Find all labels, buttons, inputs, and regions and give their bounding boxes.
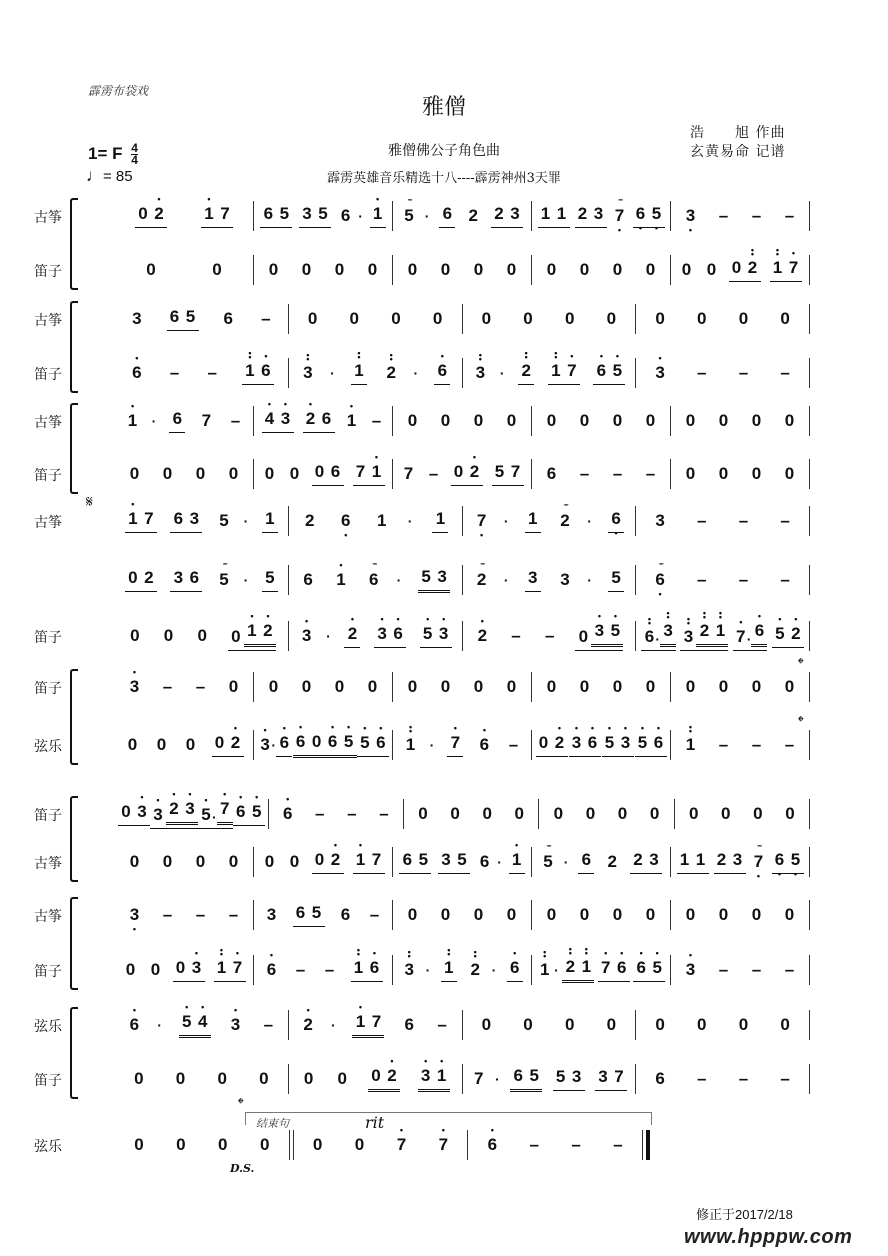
note: 7 [371,1012,381,1032]
beam-group: 4•3• [262,409,294,433]
measure: 3•––– [636,357,809,389]
note: 2• [231,733,241,753]
hold-dash: – [697,570,707,590]
rest: 0 [260,1135,270,1155]
note: 3 [189,509,199,529]
note: 5˜˜ [543,852,553,872]
beam-group: 7• [217,799,233,825]
augmentation-dot: · [564,854,569,870]
note: 7 [356,462,366,482]
augmentation-dot: · [425,208,430,224]
system-bracket [70,669,78,765]
rest: 0 [126,960,136,980]
rest: 0 [151,960,161,980]
segno-icon: 𝄋 [86,492,93,512]
instrument-label: 笛子 [34,261,62,281]
rest: 0 [514,804,524,824]
rest: 0 [646,677,656,697]
augmentation-dot: · [504,513,509,529]
hold-dash: – [207,363,217,383]
note: 2•• [748,258,758,278]
rest: 0 [313,1135,323,1155]
augmentation-dot: · [554,962,559,978]
measure: 0000 [254,671,392,703]
note: 6• [261,361,271,381]
rest: 0 [269,260,279,280]
rest: 0 [441,260,451,280]
measure: 1••––– [671,729,809,761]
note: 5• [791,850,801,870]
note: 5 [318,204,328,224]
note: 1•• [444,958,454,978]
measure: 02365˜˜·5 [115,564,288,596]
rest: 0 [454,462,464,482]
note: 3 [437,567,447,587]
note: 6• [636,958,646,978]
beam-group: 1 [525,509,541,533]
rest: 0 [265,464,275,484]
note: 6 [331,462,341,482]
instrument-label: 古筝 [34,310,62,330]
beam-group: 3 [525,568,541,592]
hold-dash: – [296,960,306,980]
hold-dash: – [646,464,656,484]
key-signature: 1= F 4 4 [88,143,138,166]
beam-group: 03•5• [575,621,623,651]
measure: 0000 [393,671,531,703]
staff-古筝: 古筝02•1•765356·1•5˜˜·622311237•˜˜6•5•3•––… [30,200,810,232]
note: 1•• [551,361,561,381]
hold-dash: – [738,570,748,590]
beam-group: 6•06•5• [293,732,357,758]
note: 6• [341,511,351,531]
note: 3 [594,204,604,224]
rest: 0 [523,1015,533,1035]
page-title: 雅僧 [0,90,888,121]
rest: 0 [613,411,623,431]
note: 7•˜˜ [754,852,764,872]
measure: 3656– [254,899,392,931]
beam-group: 7•·6• [733,621,768,651]
note: 2˜˜ [477,570,487,590]
beam-group: 35 [299,204,331,228]
note: 7• [789,258,799,278]
staff-弦乐: 弦乐0000007•7•6•––– [30,1129,650,1161]
beam-group: 02• [212,733,244,757]
rest: 0 [481,309,491,329]
note: 6•˜˜ [655,570,665,590]
rest: 0 [474,905,484,925]
dal-segno-mark: D.S. [230,1162,254,1175]
note: 3 [655,511,665,531]
ornament-icon: ˜˜ [564,498,566,518]
measure: 0000 [532,405,670,437]
beam-group: 06 [312,462,344,486]
augmentation-dot: · [497,854,502,870]
hold-dash: – [719,960,729,980]
instrument-label: 古筝 [34,906,62,926]
note: 3 [733,850,743,870]
ending-bracket [245,1112,652,1125]
note: 1•• [354,361,364,381]
beam-group: 6•5• [633,958,665,982]
beam-group: 3••2••1•• [680,621,728,651]
note: 5• [360,733,370,753]
beam-group: 2•• [518,361,534,385]
measure: 2•––03•5• [463,620,636,652]
note: 1• [247,621,257,641]
beam-group: 71• [353,462,385,486]
hold-dash: – [325,960,335,980]
beam-group: 6 [439,204,455,228]
beam-group: 1• [370,204,386,228]
instrument-label: 弦乐 [34,1136,62,1156]
measure: 0002•1•7 [254,846,392,878]
beam-group: 02• [312,850,344,874]
augmentation-dot: · [587,513,592,529]
note: 5• [423,624,433,644]
staff-notes: 6•––1••6•3••·1••2••·6•3••·2••1••7•6•5•3•… [115,357,810,389]
measure: 0002••1••7• [671,254,809,286]
note: 4• [198,1012,208,1032]
rest: 0 [128,568,138,588]
note: 7 [474,1069,484,1089]
note: 7• [438,1135,448,1155]
hold-dash: – [347,804,357,824]
note: 6• [617,958,627,978]
instrument-label: 古筝 [34,207,62,227]
rest: 0 [752,411,762,431]
measure: 0000 [254,254,392,286]
staff-笛子: 笛子000000000000000002••1••7• [30,254,810,286]
staff-笛子: 笛子03•3•2•3•5•·7•6•5•6•–––000000000000 [30,798,810,830]
ornament-icon: ˜˜ [758,839,760,859]
beam-group: 65 [399,850,431,874]
rest: 0 [304,1069,314,1089]
measure: 02•1•7 [115,200,253,232]
staff-notes: 02•1•765356·1•5˜˜·622311237•˜˜6•5•3•––– [115,200,810,232]
rest: 0 [565,309,575,329]
hold-dash: – [752,960,762,980]
measure: 0000 [115,846,253,878]
rest: 0 [134,1069,144,1089]
rest: 0 [315,462,325,482]
beam-group: 1 [262,509,278,533]
rest: 0 [719,677,729,697]
rest: 0 [269,677,279,697]
note: 7• [220,799,230,819]
instrument-label: 笛子 [34,961,62,981]
note: 1 [377,511,387,531]
beam-group: 57 [492,462,524,486]
composer-credit: 浩 旭 作曲 [690,122,785,142]
rest: 0 [229,852,239,872]
note: 2•• [386,363,396,383]
staff-古筝: 古筝3•–––3656–000000000000 [30,899,810,931]
note: 2 [578,204,588,224]
rest: 0 [686,464,696,484]
rest: 0 [355,1135,365,1155]
note: 3• [621,733,631,753]
rest: 0 [547,905,557,925]
note: 6 [581,850,591,870]
rest: 0 [474,260,484,280]
measure: 2˜˜·33·5 [463,564,636,596]
instrument-label: 古筝 [34,412,62,432]
rest: 0 [349,309,359,329]
rest: 0 [259,1069,269,1089]
note: 5 [529,1066,539,1086]
note: 6 [189,568,199,588]
instrument-label: 笛子 [34,1070,62,1090]
rest: 0 [290,464,300,484]
hold-dash: – [785,735,795,755]
measure: 0000 [532,254,670,286]
note: 5• [775,624,785,644]
beam-group: 5•2• [772,624,804,648]
measure: 1•7635·1 [115,505,288,537]
measure: 5˜˜·6223 [532,846,670,878]
tempo-value: = 85 [103,168,133,185]
note: 7 [372,850,382,870]
staff-notes: 00002•3•·6•6•06•5•5•6•1••·7•6•–02•3•6•5•… [115,729,810,761]
beam-group: 1•• [441,958,457,982]
rest: 0 [697,309,707,329]
note: 3 [302,204,312,224]
barline [809,565,810,595]
beam-group: 6• [276,733,292,757]
rest: 0 [578,627,588,647]
augmentation-dot: · [413,365,418,381]
measure: 7·655337 [463,1063,636,1095]
rest: 0 [138,204,148,224]
note: 5 [421,567,431,587]
note: 6• [129,1015,139,1035]
note: 3• [185,799,195,819]
staff-notes: 1•7635·126•1·17•·12˜˜·6•3––– [115,505,810,537]
rest: 0 [553,804,563,824]
beam-group: 6• [507,958,523,982]
measure: 26•1·1 [289,505,462,537]
note: 6• [279,733,289,753]
rest: 0 [547,260,557,280]
note: 2•• [565,957,575,977]
ending-label: 结束句 [256,1115,289,1131]
note: 6• [487,1135,497,1155]
rest: 0 [606,309,616,329]
note: 6• [370,958,380,978]
beam-group: 3•6• [569,733,601,757]
measure: 00002• [115,729,253,761]
measure: 0000 [463,1009,636,1041]
note: 1 [680,850,690,870]
rest: 0 [785,464,795,484]
rest: 0 [335,677,345,697]
barline [809,621,810,651]
rest: 0 [231,627,241,647]
beam-group: 7•6• [598,958,630,982]
beam-group: 2•6 [303,409,335,433]
staff-弦乐: 弦乐6•·5•4•3•–2•·1•76–00000000 [30,1009,810,1041]
measure: 0000 [393,254,531,286]
rest: 0 [719,905,729,925]
hold-dash: – [580,464,590,484]
ornament-icon: ˜˜ [547,839,549,859]
rest: 0 [265,852,275,872]
note: 6• [393,624,403,644]
hold-dash: – [785,960,795,980]
rest: 0 [315,850,325,870]
measure: 02•3•6•5•3•5•6• [532,729,670,761]
hold-dash: – [163,677,173,697]
measure: 6––– [532,458,670,490]
beam-group: 11 [538,204,570,228]
measure: 03•3•2•3•5•·7•6•5• [115,798,268,830]
beam-group: 6 [169,409,185,433]
rest: 0 [302,260,312,280]
staff-notes: 6•·5•4•3•–2•·1•76–00000000 [115,1009,810,1041]
rest: 0 [686,677,696,697]
staff-弦乐: 弦乐00002•3•·6•6•06•5•5•6•1••·7•6•–02•3•6•… [30,729,810,761]
augmentation-dot: · [492,962,497,978]
rest: 0 [585,804,595,824]
beam-group: 7• [447,733,463,757]
note: 6 [263,204,273,224]
rest: 0 [312,732,322,752]
augmentation-dot: · [426,962,431,978]
measure: 6•˜˜––– [636,564,809,596]
beam-group: 6•5• [772,850,804,874]
rest: 0 [308,309,318,329]
beam-group: 65 [293,903,325,927]
note: 3 [510,204,520,224]
note: 5 [556,1067,566,1087]
rest: 0 [368,260,378,280]
barline [809,955,810,985]
revision-date: 修正于2017/2/18 [696,1204,793,1223]
hold-dash: – [370,905,380,925]
note: 1 [696,850,706,870]
tempo-marking: ♩= 85 [86,166,133,186]
beam-group: 23 [630,850,662,874]
note: 3•• [404,960,414,980]
note: 3• [137,802,147,822]
rest: 0 [686,905,696,925]
note: 7•˜˜ [615,206,625,226]
staff-notes: 3•––00000000000000000 [115,671,810,703]
note: 6 [223,309,233,329]
note: 3 [173,568,183,588]
hold-dash: – [429,464,439,484]
rest: 0 [686,411,696,431]
ornament-icon: ˜˜ [659,557,661,577]
beam-group: 2••1•• [562,957,594,983]
note: 1•• [217,958,227,978]
rest: 0 [121,802,131,822]
note: 2 [144,568,154,588]
barline [809,406,810,436]
measure: 6••·3••3••2••1••7•·6•5•2• [636,620,809,652]
note: 1 [435,509,445,529]
rest: 0 [229,677,239,697]
beam-group: 1 [432,509,448,533]
note: 3•• [663,621,673,641]
hold-dash: – [571,1135,581,1155]
rest: 0 [539,733,549,753]
beam-group: 63 [170,509,202,533]
hold-dash: – [196,905,206,925]
instrument-label: 古筝 [34,512,62,532]
note: 2˜˜ [560,511,570,531]
note: 1 [265,509,275,529]
hold-dash: – [315,804,325,824]
note: 1 [541,204,551,224]
measure: 0000 [671,405,809,437]
augmentation-dot: · [326,628,331,644]
staff-notes: 1•·67–4•3•2•61•–000000000000 [115,405,810,437]
rest: 0 [606,1015,616,1035]
rest: 0 [408,905,418,925]
augmentation-dot: · [152,413,157,429]
note: 2•• [521,361,531,381]
hold-dash: – [230,411,240,431]
note: 1 [528,509,538,529]
measure: 3•––– [115,899,253,931]
measure: 7•·12˜˜·6• [463,505,636,537]
note: 7 [144,509,154,529]
note: 1 [557,204,567,224]
note: 6 [173,509,183,529]
measure: 0000 [463,303,636,335]
measure: 4•3•2•61•– [254,405,392,437]
rest: 0 [719,411,729,431]
hold-dash: – [780,511,790,531]
rest: 0 [197,626,207,646]
note: 3 [649,850,659,870]
measure: 00001•2• [115,620,288,652]
note: 5• [652,204,662,224]
instrument-label: 古筝 [34,853,62,873]
note: 7 [201,411,211,431]
measure: 0000 [532,671,670,703]
barline [809,900,810,930]
rest: 0 [130,464,140,484]
note: 7• [477,511,487,531]
rest: 0 [196,464,206,484]
rest: 0 [655,1015,665,1035]
augmentation-dot: · [504,572,509,588]
note: 3 [528,568,538,588]
staff-notes: 0000000671•7–02•576–––0000 [115,458,810,490]
note: 6•• [644,627,654,647]
website-watermark: www.hpppw.com [684,1226,852,1249]
note: 1• [356,850,366,870]
note: 2 [607,852,617,872]
note: 2• [331,850,341,870]
rest: 0 [212,260,222,280]
rest: 0 [580,260,590,280]
beam-group: 65 [510,1066,542,1092]
hold-dash: – [529,1135,539,1155]
note: 2•• [699,621,709,641]
measure: 6•––1••6• [115,357,288,389]
beam-group: 1••7• [548,361,580,385]
staff-notes: 3656–000000000000 [115,303,810,335]
note: 3• [594,621,604,641]
note: 6 [402,850,412,870]
instrument-label: 弦乐 [34,1016,62,1036]
note: 3• [655,363,665,383]
